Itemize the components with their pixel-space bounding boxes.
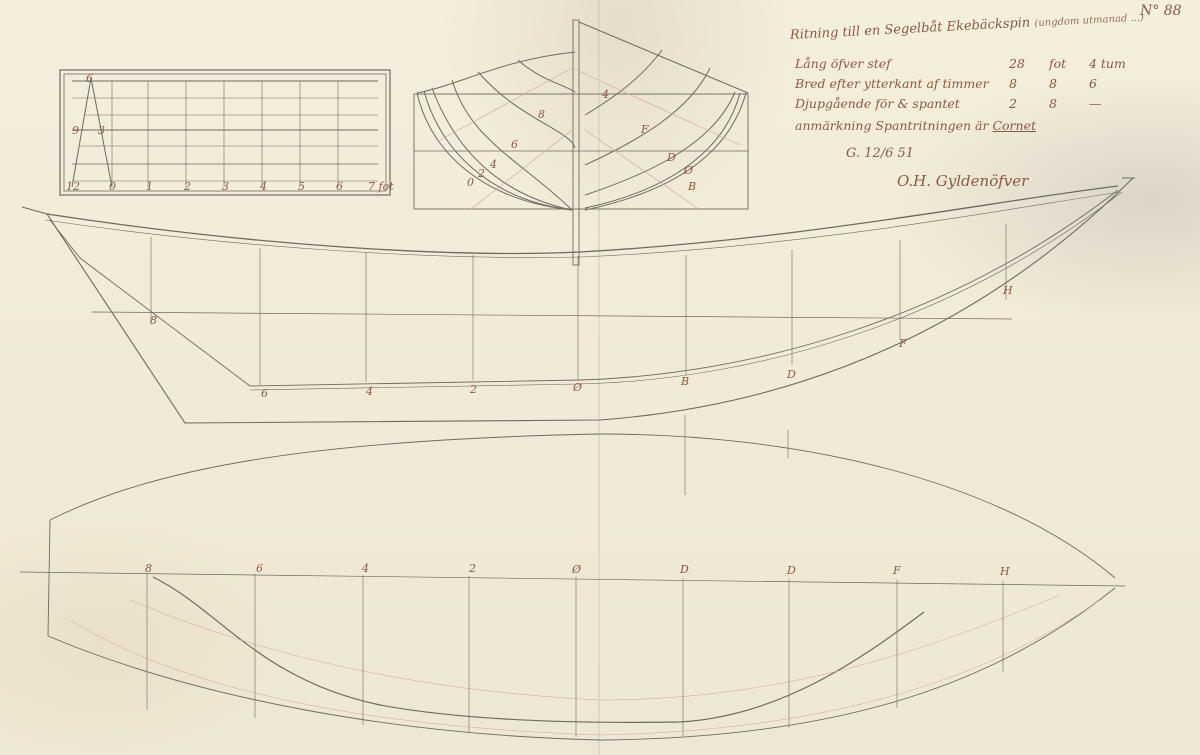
svg-text:F: F	[892, 564, 901, 577]
svg-text:D: D	[786, 564, 796, 577]
svg-text:B: B	[680, 375, 689, 388]
svg-text:D: D	[679, 563, 689, 576]
svg-text:1: 1	[146, 180, 153, 193]
svg-text:6: 6	[261, 387, 268, 400]
svg-text:7 fot: 7 fot	[368, 180, 394, 193]
catalog-number: N° 88	[1140, 3, 1182, 19]
svg-text:8: 8	[538, 108, 545, 121]
svg-text:Ø: Ø	[683, 164, 694, 177]
svg-text:F: F	[640, 123, 649, 136]
note-emphasis: Cornet	[992, 118, 1036, 133]
drawing-note: anmärkning Spantritningen är Cornet	[795, 118, 1036, 133]
svg-text:4: 4	[365, 385, 373, 398]
svg-text:2: 2	[183, 180, 191, 193]
spec-value: 8	[1049, 76, 1085, 91]
spec-value: 4 tum	[1089, 56, 1125, 71]
spec-label: Lång öfver stef	[795, 56, 1005, 71]
spec-label: Djupgående för & spantet	[795, 96, 1005, 111]
svg-text:5: 5	[298, 180, 305, 193]
svg-text:2: 2	[477, 167, 485, 180]
spec-label: Bred efter ytterkant af timmer	[795, 76, 1005, 91]
svg-text:4: 4	[259, 180, 267, 193]
svg-text:6: 6	[336, 180, 343, 193]
svg-text:9: 9	[72, 124, 79, 137]
scale-bar	[60, 70, 390, 195]
svg-text:Ø: Ø	[572, 381, 583, 394]
svg-text:2: 2	[468, 562, 476, 575]
spec-value: fot	[1049, 56, 1085, 71]
spec-row-length: Lång öfver stef 28 fot 4 tum	[795, 56, 1125, 71]
svg-text:H: H	[1002, 284, 1013, 297]
svg-text:6: 6	[511, 138, 518, 151]
svg-text:D: D	[666, 151, 676, 164]
spec-row-breadth: Bred efter ytterkant af timmer 8 8 6	[795, 76, 1125, 91]
svg-text:3: 3	[222, 180, 229, 193]
svg-text:8: 8	[150, 314, 157, 327]
svg-text:6: 6	[256, 562, 263, 575]
spec-value: 28	[1009, 56, 1045, 71]
spec-row-draught: Djupgående för & spantet 2 8 —	[795, 96, 1125, 111]
signature: O.H. Gyldenöfver	[897, 172, 1028, 190]
spec-value: 8	[1049, 96, 1085, 111]
svg-text:0: 0	[467, 176, 474, 189]
spec-value: —	[1089, 96, 1125, 111]
svg-text:F: F	[898, 337, 907, 350]
ship-drawing: 12 0 1 2 3 4 5 6 7 fot 6 9 3 8 6 4 2 0 4…	[0, 0, 1200, 755]
svg-text:D: D	[786, 368, 796, 381]
svg-text:4: 4	[601, 88, 609, 101]
svg-text:2: 2	[469, 383, 477, 396]
svg-text:0: 0	[109, 180, 116, 193]
body-plan	[414, 20, 748, 265]
note-prefix: anmärkning Spantritningen är	[795, 118, 988, 133]
svg-text:B: B	[687, 180, 696, 193]
svg-text:12: 12	[66, 180, 80, 193]
svg-text:Ø: Ø	[571, 563, 582, 576]
spec-value: 2	[1009, 96, 1045, 111]
spec-value: 8	[1009, 76, 1045, 91]
svg-text:4: 4	[361, 562, 369, 575]
svg-text:4: 4	[489, 158, 497, 171]
spec-value: 6	[1089, 76, 1125, 91]
svg-text:H: H	[999, 565, 1010, 578]
svg-text:6: 6	[86, 72, 93, 85]
drawing-date: G. 12/6 51	[846, 146, 914, 161]
svg-text:3: 3	[98, 124, 105, 137]
half-breadth-plan	[20, 415, 1125, 740]
svg-text:8: 8	[145, 562, 152, 575]
